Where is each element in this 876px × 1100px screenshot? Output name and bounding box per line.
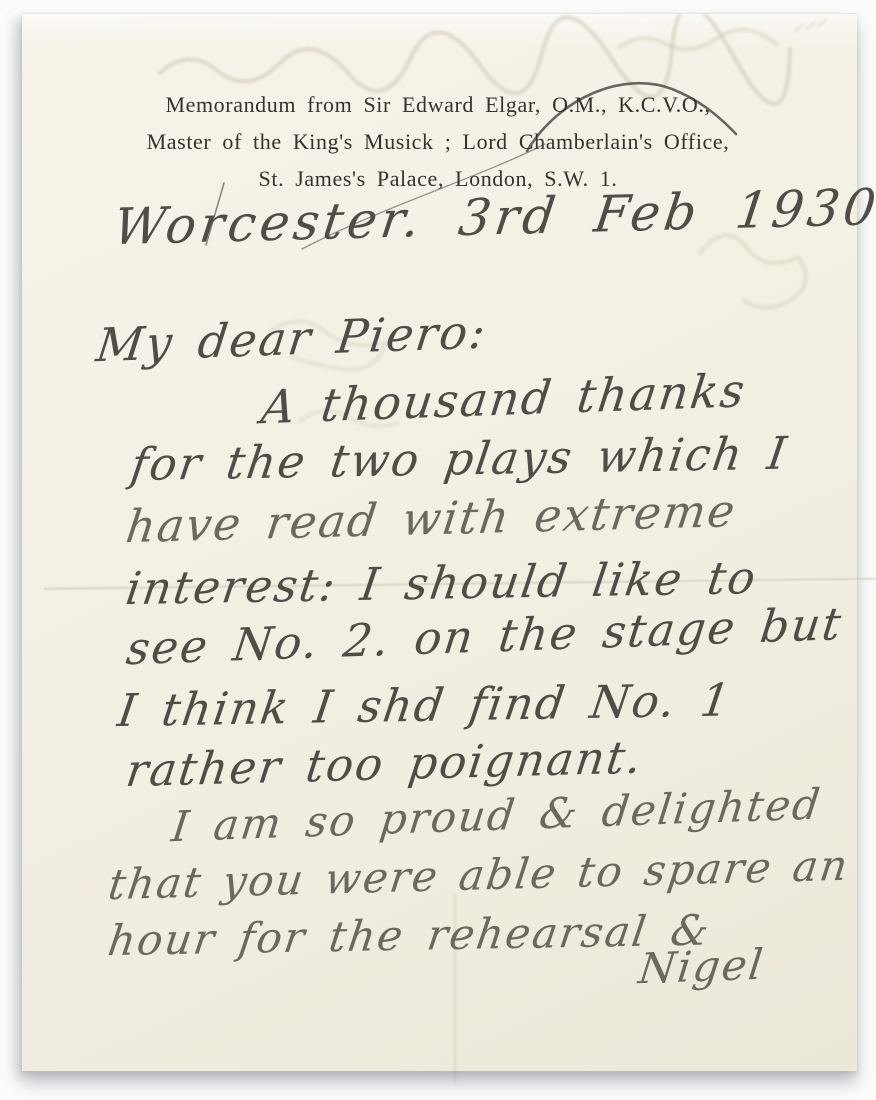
- photo-background: Memorandum from Sir Edward Elgar, O.M., …: [0, 0, 876, 1100]
- handwritten-line: I think I shd find No. 1: [115, 673, 736, 737]
- letterhead-line-1: Memorandum from Sir Edward Elgar, O.M., …: [0, 86, 876, 123]
- letterhead: Memorandum from Sir Edward Elgar, O.M., …: [0, 86, 876, 197]
- handwritten-catchword: Nigel: [636, 940, 767, 994]
- letterhead-line-2: Master of the King's Musick ; Lord Chamb…: [0, 123, 876, 160]
